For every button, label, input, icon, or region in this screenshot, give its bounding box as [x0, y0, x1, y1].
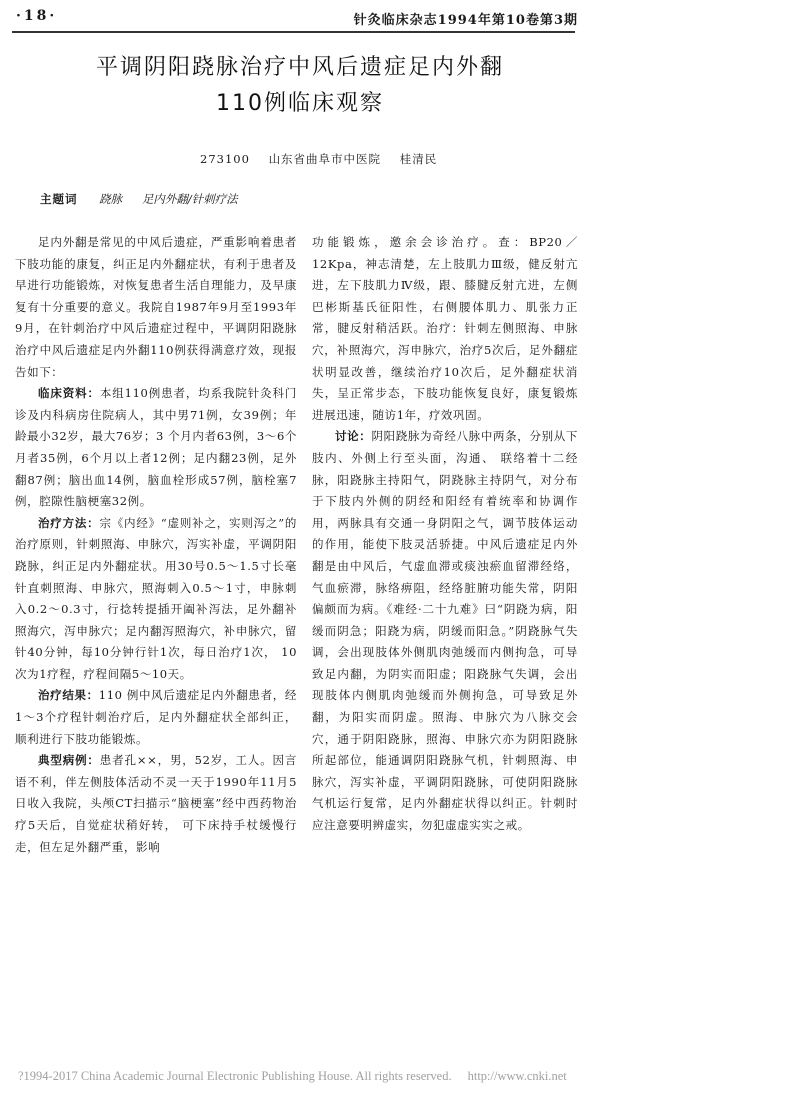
- keyword: 足内外翻/针刺疗法: [142, 192, 238, 206]
- footer-link[interactable]: http://www.cnki.net: [468, 1069, 567, 1083]
- column-left: 足内外翻是常见的中风后遗症，严重影响着患者下肢功能的康复，纠正足内外翻症状，有利…: [15, 232, 297, 858]
- copyright-footer: ?1994-2017 China Academic Journal Electr…: [18, 1069, 567, 1084]
- article-title: 平调阴阳跷脉治疗中风后遗症足内外翻: [0, 50, 600, 81]
- keywords-label: 主题词: [40, 192, 78, 206]
- method-heading: 治疗方法：: [38, 516, 99, 530]
- column-right: 功能锻炼，邀余会诊治疗。查：BP20／12Kpa，神志清楚，左上肢肌力Ⅲ级，健反…: [312, 232, 578, 837]
- method-paragraph: 治疗方法：宗《内经》“虚则补之，实则泻之”的治疗原则，针刺照海、申脉穴，泻实补虚…: [15, 513, 297, 686]
- case-continued: 功能锻炼，邀余会诊治疗。查：BP20／12Kpa，神志清楚，左上肢肌力Ⅲ级，健反…: [312, 232, 578, 426]
- intro-paragraph: 足内外翻是常见的中风后遗症，严重影响着患者下肢功能的康复，纠正足内外翻症状，有利…: [15, 232, 297, 383]
- header-rule: [12, 31, 575, 33]
- result-heading: 治疗结果：: [38, 688, 99, 702]
- keywords: 主题词 跷脉 足内外翻/针刺疗法: [40, 191, 254, 207]
- discussion-paragraph: 讨论：阴阳跷脉为奇经八脉中两条，分别从下肢内、外侧上行至头面，沟通、 联络着十二…: [312, 426, 578, 836]
- author: 桂清民: [400, 152, 438, 166]
- keyword: 跷脉: [99, 192, 122, 206]
- affiliation: 273100 山东省曲阜市中医院 桂清民: [200, 151, 451, 167]
- clinical-paragraph: 临床资料：本组110例患者，均系我院针灸科门诊及内科病房住院病人，其中男71例，…: [15, 383, 297, 513]
- article-title-line2: 110例临床观察: [0, 86, 600, 117]
- case-paragraph: 典型病例：患者孔××，男，52岁，工人。因言语不利，伴左侧肢体活动不灵一天于19…: [15, 750, 297, 858]
- clinical-heading: 临床资料：: [38, 386, 100, 400]
- page-number: ·18·: [16, 8, 57, 24]
- result-paragraph: 治疗结果：110 例中风后遗症足内外翻患者，经1～3个疗程针刺治疗后，足内外翻症…: [15, 685, 297, 750]
- institution: 山东省曲阜市中医院: [269, 152, 382, 166]
- copyright-text: ?1994-2017 China Academic Journal Electr…: [18, 1069, 452, 1083]
- case-heading: 典型病例：: [38, 753, 100, 767]
- discussion-heading: 讨论：: [335, 429, 371, 443]
- postcode: 273100: [200, 152, 250, 166]
- journal-info: 针灸临床杂志1994年第10卷第3期: [354, 9, 578, 28]
